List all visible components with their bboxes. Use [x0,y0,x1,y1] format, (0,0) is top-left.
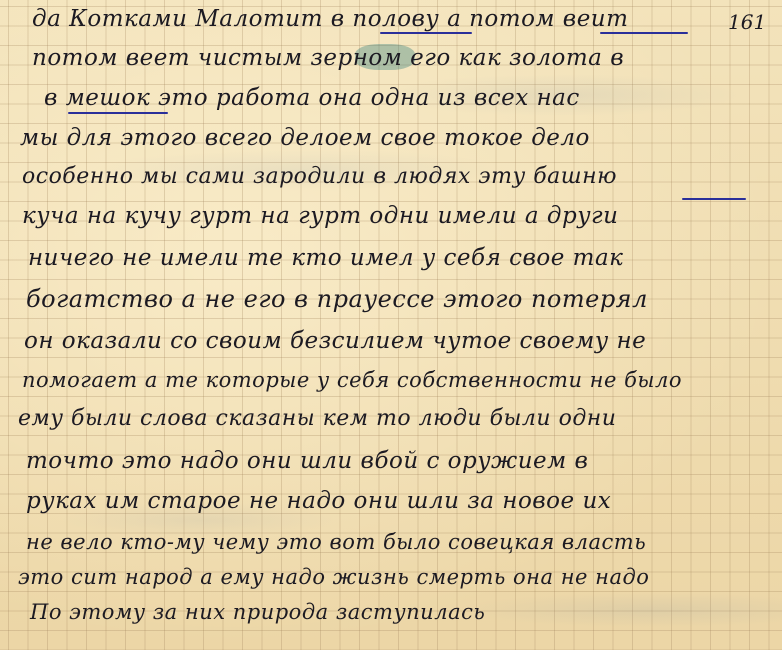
text-line: руках им старое не надо они шли за новое… [26,488,611,514]
text-line: богатство а не его в прауессе этого поте… [26,285,648,313]
text-line: в мешок это работа она одна из всех нас [44,85,580,111]
text-line: да Котками Малотит в полову а потом веит [32,6,628,32]
underline [68,112,168,114]
text-line: куча на кучу гурт на гурт одни имели а д… [22,203,618,229]
text-line: потом веет чистым зерном его как золота … [32,45,624,71]
underline [380,32,472,34]
text-line: помогает а те которые у себя собственнос… [22,368,682,392]
text-line: ничего не имели те кто имел у себя свое … [28,245,623,271]
underline [600,32,688,34]
text-line: это сит народ а ему надо жизнь смерть он… [18,565,649,589]
text-line: точто это надо они шли вбой с оружием в [26,448,588,474]
page-number: 161 [728,10,766,34]
text-line: он оказали со своим безсилием чутое свое… [24,328,646,354]
text-line: ему были слова сказаны кем то люди были … [18,406,616,431]
notebook-page: 161 да Котками Малотит в полову а потом … [0,0,782,650]
text-line: мы для этого всего делоем свое токое дел… [20,125,590,151]
text-line: не вело кто-му чему это вот было совецка… [26,530,646,554]
text-line: По этому за них природа заступилась [30,600,485,624]
text-line: особенно мы сами зародили в людях эту ба… [22,164,617,189]
underline [682,198,746,200]
